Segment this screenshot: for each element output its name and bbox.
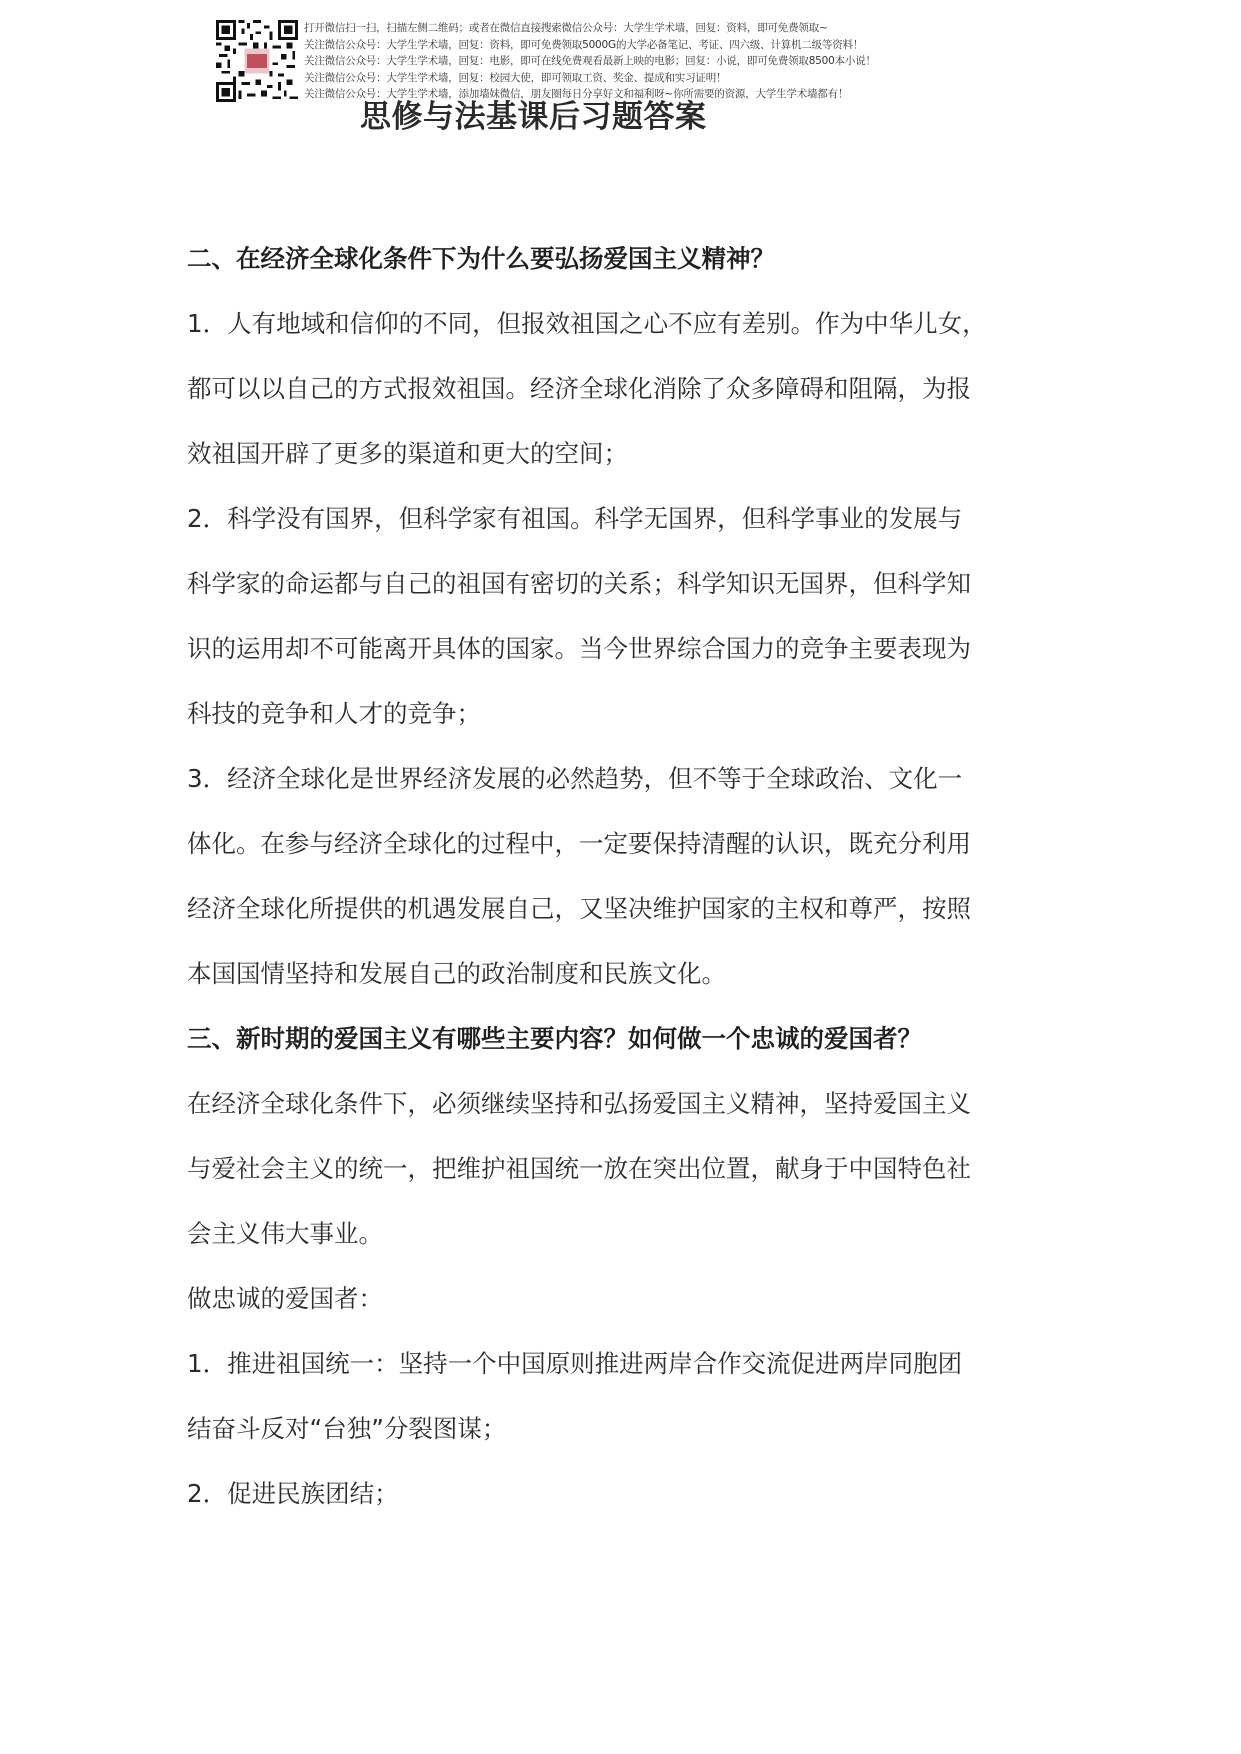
promo-line: 关注微信公众号：大学生学术墙，回复：资料，即可免费领取5000G的大学必备笔记、…: [304, 37, 984, 54]
document-body: 二、在经济全球化条件下为什么要弘扬爱国主义精神？1．人有地域和信仰的不同，但报效…: [187, 226, 1057, 1526]
promo-text: 打开微信扫一扫，扫描左侧二维码；或者在微信直接搜索微信公众号：大学生学术墙，回复…: [304, 20, 984, 103]
body-line: 2．促进民族团结；: [187, 1461, 1057, 1526]
promo-header: 打开微信扫一扫，扫描左侧二维码；或者在微信直接搜索微信公众号：大学生学术墙，回复…: [216, 18, 976, 104]
body-line: 与爱社会主义的统一，把维护祖国统一放在突出位置，献身于中国特色社: [187, 1136, 1057, 1201]
section-heading: 二、在经济全球化条件下为什么要弘扬爱国主义精神？: [187, 226, 1057, 291]
body-line: 会主义伟大事业。: [187, 1201, 1057, 1266]
body-line: 在经济全球化条件下，必须继续坚持和弘扬爱国主义精神，坚持爱国主义: [187, 1071, 1057, 1136]
body-line: 本国国情坚持和发展自己的政治制度和民族文化。: [187, 941, 1057, 1006]
promo-line: 关注微信公众号：大学生学术墙，回复：校园大使，即可领取工资、奖金、提成和实习证明…: [304, 70, 984, 87]
body-line: 结奋斗反对“台独”分裂图谋；: [187, 1396, 1057, 1461]
body-line: 效祖国开辟了更多的渠道和更大的空间；: [187, 421, 1057, 486]
body-line: 2．科学没有国界，但科学家有祖国。科学无国界，但科学事业的发展与: [187, 486, 1057, 551]
body-line: 1．推进祖国统一：坚持一个中国原则推进两岸合作交流促进两岸同胞团: [187, 1331, 1057, 1396]
body-line: 1．人有地域和信仰的不同，但报效祖国之心不应有差别。作为中华儿女，: [187, 291, 1057, 356]
qr-code-icon: [216, 20, 298, 102]
promo-line: 关注微信公众号：大学生学术墙，回复：电影，即可在线免费观看最新上映的电影；回复：…: [304, 53, 984, 70]
promo-line: 打开微信扫一扫，扫描左侧二维码；或者在微信直接搜索微信公众号：大学生学术墙，回复…: [304, 20, 984, 37]
body-line: 经济全球化所提供的机遇发展自己，又坚决维护国家的主权和尊严，按照: [187, 876, 1057, 941]
section-heading: 三、新时期的爱国主义有哪些主要内容？如何做一个忠诚的爱国者？: [187, 1006, 1057, 1071]
body-line: 科学家的命运都与自己的祖国有密切的关系；科学知识无国界，但科学知: [187, 551, 1057, 616]
body-line: 做忠诚的爱国者：: [187, 1266, 1057, 1331]
body-line: 3．经济全球化是世界经济发展的必然趋势，但不等于全球政治、文化一: [187, 746, 1057, 811]
body-line: 科技的竞争和人才的竞争；: [187, 681, 1057, 746]
body-line: 体化。在参与经济全球化的过程中，一定要保持清醒的认识，既充分利用: [187, 811, 1057, 876]
body-line: 识的运用却不可能离开具体的国家。当今世界综合国力的竞争主要表现为: [187, 616, 1057, 681]
body-line: 都可以以自己的方式报效祖国。经济全球化消除了众多障碍和阻隔，为报: [187, 356, 1057, 421]
document-title: 思修与法基课后习题答案: [360, 97, 707, 137]
